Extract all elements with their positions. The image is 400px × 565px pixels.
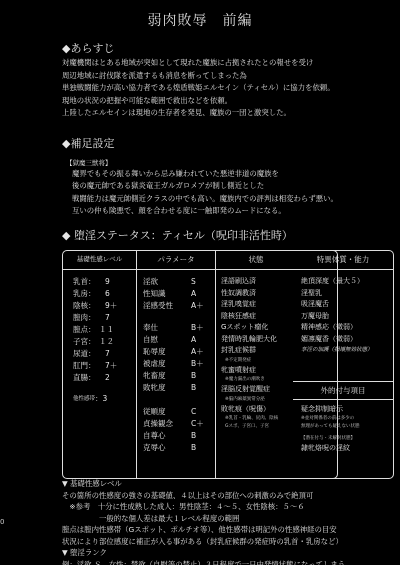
sensitivity-label: 直腸： xyxy=(73,372,105,384)
parameter-label: 自慰 xyxy=(143,334,191,346)
synopsis-line: 単独戦闘能力が高い協力者である煌盾戦姫エルセイン（ティセル）に協力を依頼。 xyxy=(62,82,335,95)
parameter-value: B＋ xyxy=(191,358,204,370)
synopsis-line: 周辺地域に討伐隊を派遣するも消息を断ってしまった為 xyxy=(62,70,335,83)
sensitivity-value: 9＋ xyxy=(105,300,117,312)
sensitivity-label: 膣肉： xyxy=(73,312,105,324)
column-header-parameters: パラメータ xyxy=(137,254,215,265)
parameter-value: A＋ xyxy=(191,346,204,358)
condition-note: ※乳首・乳輪、尻肉、陰核 Gスポ、子宮口、子宮 xyxy=(221,415,278,431)
supplement-text: 魔界でもその振る舞いから忌み嫌われていた悪逆非道の魔族を 後の魔元帥である獄炎竜… xyxy=(72,168,338,217)
column-header-sensitivity: 基礎性感レベル xyxy=(63,254,136,263)
condition-item: 牝蜜噴射症 xyxy=(221,365,278,377)
condition-note: ※脳内麻薬異常分泌 xyxy=(221,396,278,404)
parameter-label: 自尊心 xyxy=(143,430,191,442)
supplement-heading: ◆補足設定 xyxy=(62,135,114,151)
section-divider xyxy=(293,381,393,382)
sensitivity-value: １１ xyxy=(99,324,114,336)
condition-item: 性奴調教済 xyxy=(221,288,278,300)
parameter-label: 淫欲 xyxy=(143,276,191,288)
condition-item: 淫脳反射覚醒症 xyxy=(221,384,278,396)
supplement-line: 後の魔元帥である獄炎竜王ガルガロメアが制し側近とした xyxy=(72,180,338,192)
condition-item: 敗牝痕（呪傷） xyxy=(221,404,278,416)
header-divider xyxy=(293,269,393,270)
level-line: ※参考 十分に性成熟した成人：男性陰茎：４～５、女性陰核：５～６ xyxy=(62,501,353,513)
trait-item: 淫聖乳 xyxy=(301,288,373,300)
parameter-value: C xyxy=(191,406,196,418)
column-divider xyxy=(215,251,216,478)
sensitivity-label: 乳首： xyxy=(73,276,105,288)
trait-item: 媚凛魔香（微弱） xyxy=(301,334,373,346)
parameter-value: B xyxy=(191,370,196,382)
parameter-value: A xyxy=(191,288,196,300)
page-title: 弱肉敗辱 前編 xyxy=(0,10,400,30)
supplement-line: 互いの仲も険悪で、顔を合わせる度に一触即発のムードになる。 xyxy=(72,205,338,217)
level-line: 一般的な個人差は最大１レベル程度の範囲 xyxy=(62,513,353,525)
synopsis-heading: ◆あらすじ xyxy=(62,40,114,56)
external-list: 疑念抑制暗示 ※並対関係者の前は多少の 無理があっても疑えない状態 【潜在付与・… xyxy=(301,404,359,454)
sensitivity-label: 肛門： xyxy=(73,360,105,372)
column-divider xyxy=(136,251,137,478)
trait-item: 万魔母胎 xyxy=(301,311,373,323)
condition-item: 淫語刷込済 xyxy=(221,276,278,288)
trait-item: 精神感応（微弱） xyxy=(301,322,373,334)
rank-heading: ▼ 堕淫ランク xyxy=(62,547,353,559)
parameter-value: B xyxy=(191,382,196,394)
parameter-label: 敗牝度 xyxy=(143,382,191,394)
parameters-list: 淫欲S 性知識A 淫感受性A＋ 奉仕B＋ 自慰A 恥辱度A＋ 被虐度B＋ 牝畜度… xyxy=(143,276,204,454)
external-sub-item: 隷牝烙呪の淫紋 xyxy=(301,443,359,454)
parameter-label: 牝畜度 xyxy=(143,370,191,382)
level-line: 膣点は膣内性感帯（Gスポット、ポルチオ等）、他性感帯は明記外の性感神経の目安 xyxy=(62,524,353,536)
parameter-label: 奉仕 xyxy=(143,322,191,334)
parameter-label: 被虐度 xyxy=(143,358,191,370)
level-line: 状況により部位感度に補正が入る事がある（封乳症候群の発症時の乳首・乳房など） xyxy=(62,536,353,548)
other-sensitivity-label: 他性感帯 xyxy=(73,393,95,405)
parameter-label: 貞操観念 xyxy=(143,418,191,430)
parameter-value: C＋ xyxy=(191,418,204,430)
parameter-label: 性知識 xyxy=(143,288,191,300)
sensitivity-value: １２ xyxy=(99,336,114,348)
sensitivity-value: 7 xyxy=(105,348,110,360)
parameter-label: 従順度 xyxy=(143,406,191,418)
trait-note: 享淫の加護（損壊無効状態） xyxy=(301,345,373,357)
traits-panel: 特異体質・能力 絶頂深度（最大５） 淫聖乳 吸淫魔舌 万魔母胎 精神感応（微弱）… xyxy=(293,250,394,479)
sensitivity-label: 尿道： xyxy=(73,348,105,360)
notes-section: ▼ 基礎性感レベル その箇所の性感度の強さの基礎値、４以上はその部位への刺激のみ… xyxy=(62,478,353,565)
trait-item: 絶頂深度（最大５） xyxy=(301,276,373,288)
sensitivity-label: 陰核： xyxy=(73,300,105,312)
traits-list: 絶頂深度（最大５） 淫聖乳 吸淫魔舌 万魔母胎 精神感応（微弱） 媚凛魔香（微弱… xyxy=(301,276,373,357)
parameter-value: B xyxy=(191,442,196,454)
synopsis-line: 対魔機関はとある地域が突如として現れた魔族に占拠されたとの報せを受け xyxy=(62,57,335,70)
external-sub-heading: 【潜在付与・未解封状態】 xyxy=(301,435,359,443)
sensitivity-value: 7 xyxy=(105,312,110,324)
external-item-note: ※並対関係者の前は多少の 無理があっても疑えない状態 xyxy=(301,415,359,431)
external-item: 疑念抑制暗示 xyxy=(301,404,359,415)
parameter-value: A＋ xyxy=(191,300,204,312)
sensitivity-label: 乳房： xyxy=(73,288,105,300)
column-header-condition: 状態 xyxy=(216,254,296,265)
other-sensitivity-value: ：3 xyxy=(95,393,107,405)
parameter-value: S xyxy=(191,276,196,288)
condition-item: 淫乳嗅覚症 xyxy=(221,299,278,311)
parameter-label: 淫感受性 xyxy=(143,300,191,312)
sensitivity-label: 膣点： xyxy=(73,324,99,336)
sensitivity-label: 子宮： xyxy=(73,336,99,348)
page-number: 0 xyxy=(0,518,4,526)
parameter-value: B xyxy=(191,430,196,442)
synopsis-line: 現地の状況の把握や可能な範囲で救出などを依頼。 xyxy=(62,95,335,108)
trait-item: 吸淫魔舌 xyxy=(301,299,373,311)
parameter-value: B＋ xyxy=(191,322,204,334)
sensitivity-value: 2 xyxy=(105,372,110,384)
status-heading: ◆ 堕淫ステータス：ティセル（呪印非活性時） xyxy=(62,227,293,243)
condition-note: ※不定期発症 xyxy=(221,357,278,365)
sensitivity-list: 乳首：9 乳房：6 陰核：9＋ 膣肉：7 膣点：１１ 子宮：１２ 尿道：7 肛門… xyxy=(73,276,117,405)
level-line: その箇所の性感度の強さの基礎値、４以上はその部位への刺激のみで絶頂可 xyxy=(62,490,353,502)
supplement-line: 魔界でもその振る舞いから忌み嫌われていた悪逆非道の魔族を xyxy=(72,168,338,180)
conditions-list: 淫語刷込済 性奴調教済 淫乳嗅覚症 陰核狂感症 Gスポット瘤化 発情時乳輪肥大化… xyxy=(221,276,278,431)
parameter-label: 恥辱度 xyxy=(143,346,191,358)
condition-item: Gスポット瘤化 xyxy=(221,322,278,334)
section-divider xyxy=(293,399,393,400)
level-heading: ▼ 基礎性感レベル xyxy=(62,478,353,490)
condition-item: 発情時乳輪肥大化 xyxy=(221,334,278,346)
parameter-value: A xyxy=(191,334,196,346)
sensitivity-value: 7＋ xyxy=(105,360,117,372)
column-header-traits: 特異体質・能力 xyxy=(293,254,393,265)
sensitivity-value: 9 xyxy=(105,276,110,288)
external-heading: 外的付与項目 xyxy=(293,385,393,396)
condition-item: 封乳症候群 xyxy=(221,345,278,357)
condition-note: ※魔力漏出の潮吹き xyxy=(221,376,278,384)
parameter-label: 克辱心 xyxy=(143,442,191,454)
condition-item: 陰核狂感症 xyxy=(221,311,278,323)
supplement-line: 戦闘能力は魔元帥側近クラスの中でも高い。魔族内での評判は相変わらず悪い。 xyxy=(72,193,338,205)
synopsis-line: 上陸したエルセインは現地の生存者を発見、魔族の一団と激突した。 xyxy=(62,107,335,120)
synopsis-text: 対魔機関はとある地域が突如として現れた魔族に占拠されたとの報せを受け 周辺地域に… xyxy=(62,57,335,120)
rank-line: 例：淫欲 Ｓ…女性：禁欲（自慰等の禁止）３日程度で一日中発情状態になってしまう。 xyxy=(62,559,353,565)
sensitivity-value: 6 xyxy=(105,288,110,300)
